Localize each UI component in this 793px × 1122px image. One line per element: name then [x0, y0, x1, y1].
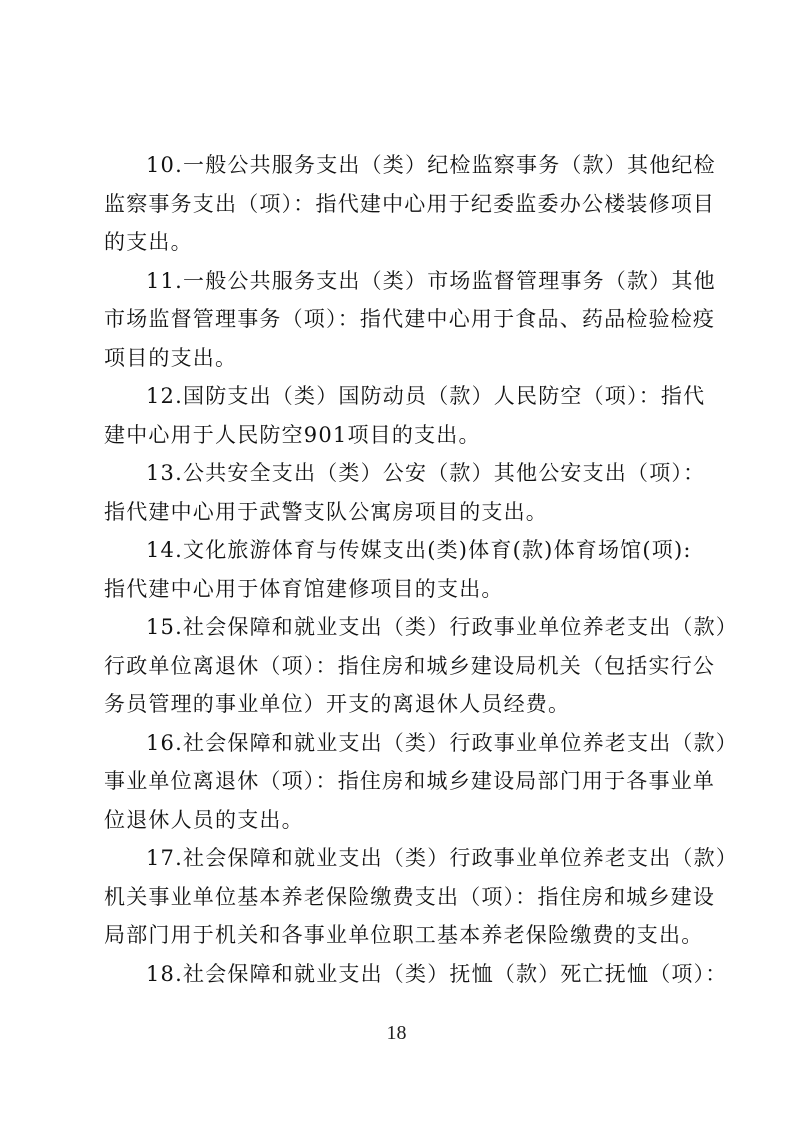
- document-body: 10.一般公共服务支出（类）纪检监察事务（款）其他纪检 监察事务支出（项）：指代…: [104, 146, 704, 993]
- paragraph-line: 15.社会保障和就业支出（类）行政事业单位养老支出（款）: [104, 608, 704, 647]
- paragraph-item-15: 15.社会保障和就业支出（类）行政事业单位养老支出（款） 行政单位离退休（项）：…: [104, 608, 704, 724]
- paragraph-line: 位退休人员的支出。: [104, 801, 704, 840]
- paragraph-item-17: 17.社会保障和就业支出（类）行政事业单位养老支出（款） 机关事业单位基本养老保…: [104, 839, 704, 955]
- paragraph-line: 13.公共安全支出（类）公安（款）其他公安支出（项）：: [104, 454, 704, 493]
- paragraph-line: 指代建中心用于武警支队公寓房项目的支出。: [104, 493, 704, 532]
- paragraph-line: 11.一般公共服务支出（类）市场监督管理事务（款）其他: [104, 262, 704, 301]
- paragraph-line: 12.国防支出（类）国防动员（款）人民防空（项）：指代: [104, 377, 704, 416]
- paragraph-item-11: 11.一般公共服务支出（类）市场监督管理事务（款）其他 市场监督管理事务（项）：…: [104, 262, 704, 378]
- paragraph-line: 行政单位离退休（项）：指住房和城乡建设局机关（包括实行公: [104, 647, 704, 686]
- paragraph-item-14: 14.文化旅游体育与传媒支出(类)体育(款)体育场馆(项): 指代建中心用于体育…: [104, 531, 704, 608]
- paragraph-item-10: 10.一般公共服务支出（类）纪检监察事务（款）其他纪检 监察事务支出（项）：指代…: [104, 146, 704, 262]
- paragraph-item-12: 12.国防支出（类）国防动员（款）人民防空（项）：指代 建中心用于人民防空901…: [104, 377, 704, 454]
- paragraph-line: 机关事业单位基本养老保险缴费支出（项）：指住房和城乡建设: [104, 878, 704, 917]
- paragraph-item-18: 18.社会保障和就业支出（类）抚恤（款）死亡抚恤（项）：: [104, 955, 704, 994]
- paragraph-item-13: 13.公共安全支出（类）公安（款）其他公安支出（项）： 指代建中心用于武警支队公…: [104, 454, 704, 531]
- paragraph-line: 务员管理的事业单位）开支的离退休人员经费。: [104, 685, 704, 724]
- paragraph-line: 指代建中心用于体育馆建修项目的支出。: [104, 570, 704, 609]
- paragraph-line: 局部门用于机关和各事业单位职工基本养老保险缴费的支出。: [104, 916, 704, 955]
- paragraph-line: 14.文化旅游体育与传媒支出(类)体育(款)体育场馆(项):: [104, 531, 704, 570]
- paragraph-line: 16.社会保障和就业支出（类）行政事业单位养老支出（款）: [104, 724, 704, 763]
- paragraph-line: 项目的支出。: [104, 339, 704, 378]
- paragraph-line: 17.社会保障和就业支出（类）行政事业单位养老支出（款）: [104, 839, 704, 878]
- paragraph-line: 18.社会保障和就业支出（类）抚恤（款）死亡抚恤（项）：: [104, 955, 704, 994]
- paragraph-item-16: 16.社会保障和就业支出（类）行政事业单位养老支出（款） 事业单位离退休（项）：…: [104, 724, 704, 840]
- paragraph-line: 10.一般公共服务支出（类）纪检监察事务（款）其他纪检: [104, 146, 704, 185]
- page-number: 18: [0, 1022, 793, 1045]
- paragraph-line: 建中心用于人民防空901项目的支出。: [104, 416, 704, 455]
- paragraph-line: 监察事务支出（项）：指代建中心用于纪委监委办公楼装修项目: [104, 185, 704, 224]
- paragraph-line: 市场监督管理事务（项）：指代建中心用于食品、药品检验检疫: [104, 300, 704, 339]
- paragraph-line: 事业单位离退休（项）：指住房和城乡建设局部门用于各事业单: [104, 762, 704, 801]
- paragraph-line: 的支出。: [104, 223, 704, 262]
